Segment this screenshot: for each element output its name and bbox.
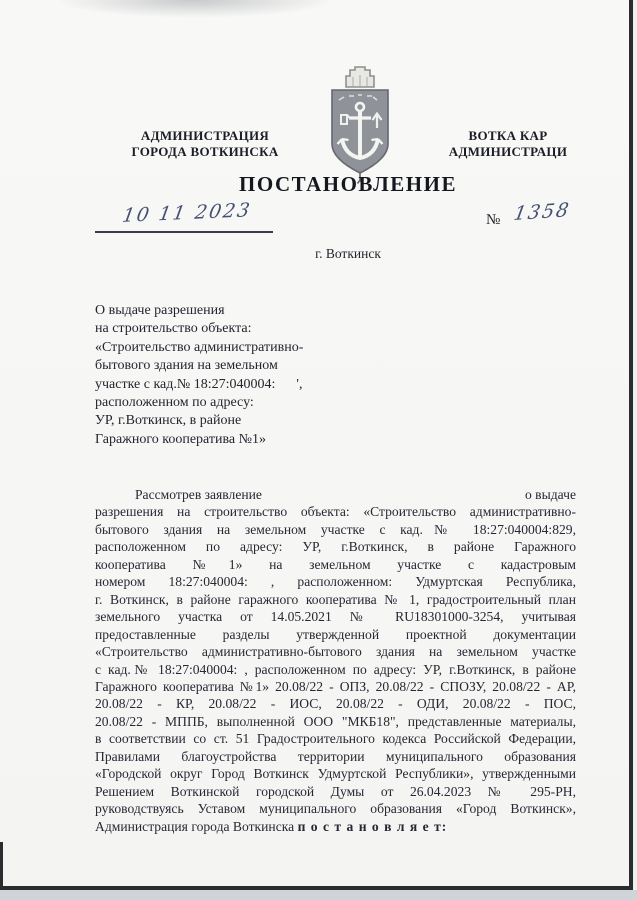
date-underline [95,231,273,233]
scan-edge-right-outer [633,0,637,900]
decree-keyword: п о с т а н о в л я е т: [298,819,448,834]
body-line: руководствуясь Уставом муниципального об… [95,800,576,817]
body-line-left: Рассмотрев заявление [135,486,262,503]
org-name-russian: АДМИНИСТРАЦИЯ ГОРОДА ВОТКИНСКА [84,128,326,159]
body-line: 20.08/22 - КР, 20.08/22 - ИОС, 20.08/22 … [95,695,576,712]
body-line: предоставленные разделы утвержденной про… [95,626,576,643]
body-line: с кад.№ 18:27:040004: , расположенном по… [95,661,576,678]
body-line: 20.08/22 - МППБ, выполненной ООО "МКБ18"… [95,713,576,730]
body-line: номером 18:27:040004: , расположенном: У… [95,573,576,590]
body-line: бытового здания на земельном участке с к… [95,521,576,538]
org-name-udmurt: ВОТКА КАР АДМИНИСТРАЦИ [399,128,617,159]
handwritten-number: 1358 [512,199,572,225]
scanned-decree-page: АДМИНИСТРАЦИЯ ГОРОДА ВОТКИНСКА ВОТКА КАР… [0,0,637,900]
body-line-right: о выдаче [525,486,576,503]
handwritten-date: 10 11 2023 [101,198,273,228]
document-title: ПОСТАНОВЛЕНИЕ [95,172,601,197]
body-line: Гаражного кооператива №1» 20.08/22 - ОПЗ… [95,678,576,695]
scan-smudge [55,0,335,18]
body-line: Решением Воткинской городской Думы от 26… [95,783,576,800]
number-sign: № [486,212,500,229]
decree-closing-text: Администрация города Воткинска [95,819,298,834]
body-line: «Строительство административно-бытового … [95,643,576,660]
body-line: разрешения на строительство объекта: «Ст… [95,503,576,520]
body-line: Рассмотрев заявление о выдаче [95,486,576,503]
body-line: земельного участка от 14.05.2021 № RU183… [95,608,576,625]
decree-body: Рассмотрев заявление о выдаче разрешения… [95,486,576,835]
body-line: г. Воткинск, в районе гаражного кооперат… [95,591,576,608]
body-line: расположенном по адресу: УР, г.Воткинск,… [95,538,576,555]
body-line: «Городской округ Город Воткинск Удмуртск… [95,765,576,782]
scan-edge-bottom-outer [0,890,637,900]
city-emblem-anchor-icon [321,62,399,190]
document-place: г. Воткинск [95,246,601,262]
body-line: кооператива №1» на земельном участке с к… [95,556,576,573]
body-line: в соответствии со ст. 51 Градостроительн… [95,730,576,747]
body-line-final: Администрация города Воткинска п о с т а… [95,818,576,835]
body-line: Правилами благоустройства территории мун… [95,748,576,765]
decree-subject: О выдаче разрешения на строительство объ… [95,302,415,449]
scan-edge-left [0,842,3,887]
